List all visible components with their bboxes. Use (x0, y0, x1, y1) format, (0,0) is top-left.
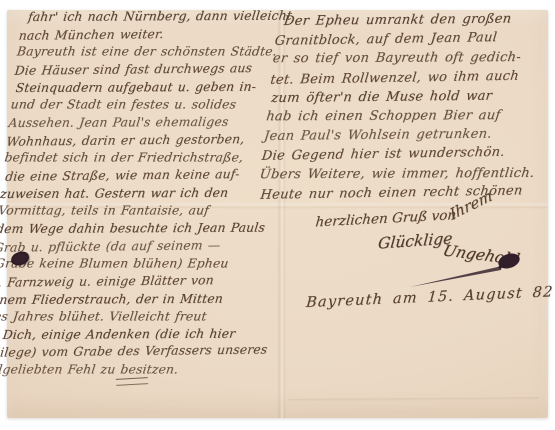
handwritten-line: befindet sich in der Friedrichstraße, (3, 150, 251, 168)
handwritten-line: tet. Beim Rollwenzel, wo ihm auch (269, 66, 534, 90)
handwritten-line: Vormittag, teils in Fantaisie, auf (0, 203, 245, 221)
handwritten-line: des Jahres blühet. Vielleicht freut (0, 309, 233, 327)
handwritten-line: Übers Weitere, wie immer, hoffentlich. (259, 164, 523, 185)
handwritten-line: die eine Straße, wie man keine auf- (4, 166, 249, 186)
handwritten-line: vielgeliebten Fehl zu besitzen. (0, 361, 227, 379)
left-page-text: fahr' ich nach Nürnberg, dann vielleicht… (0, 8, 268, 380)
right-page-text: Der Epheu umrankt den großen Granitblock… (256, 9, 540, 204)
handwritten-line: zum öfter'n die Muse hold war (270, 86, 531, 108)
handwritten-line: zuweisen hat. Gestern war ich den (0, 184, 247, 203)
handwritten-line: er so tief von Bayreuth oft gedich- (272, 48, 536, 69)
handwritten-line: Die Häuser sind fast durchwegs aus (14, 60, 262, 80)
handwritten-line: Grab u. pflückte (da auf seinem — (0, 236, 241, 256)
handwritten-line: Aussehen. Jean Paul's ehemaliges (7, 114, 255, 133)
handwritten-line: nach München weiter. (18, 25, 266, 45)
bottom-crease-line (289, 397, 539, 402)
handwritten-line: beilege) vom Grabe des Verfassers unsere… (0, 342, 229, 362)
handwritten-line: Wohnhaus, darin er auch gestorben, (5, 131, 253, 151)
handwritten-line: fahr' ich nach Nürnberg, dann vielleicht (27, 8, 268, 27)
handwritten-line: Die Gegend hier ist wunderschön. (261, 143, 526, 167)
handwritten-line: Bayreuth ist eine der schönsten Städte. (16, 44, 264, 62)
handwritten-line: u. Farnzweig u. einige Blätter von (0, 272, 237, 292)
handwritten-line: einem Fliederstrauch, der in Mitten (0, 290, 235, 309)
letter-photograph: fahr' ich nach Nürnberg, dann vielleicht… (0, 0, 555, 430)
handwritten-line: und der Stadt ein festes u. solides (10, 97, 258, 115)
handwritten-line: Grabe keine Blumen blühen) Epheu (0, 256, 239, 274)
signature-flourish-icon (405, 245, 530, 290)
handwritten-line: Steinquadern aufgebaut u. geben in- (15, 78, 260, 97)
handwritten-line: dem Wege dahin besuchte ich Jean Pauls (0, 220, 243, 239)
handwritten-line: hab ich einen Schoppen Bier auf (265, 106, 529, 127)
